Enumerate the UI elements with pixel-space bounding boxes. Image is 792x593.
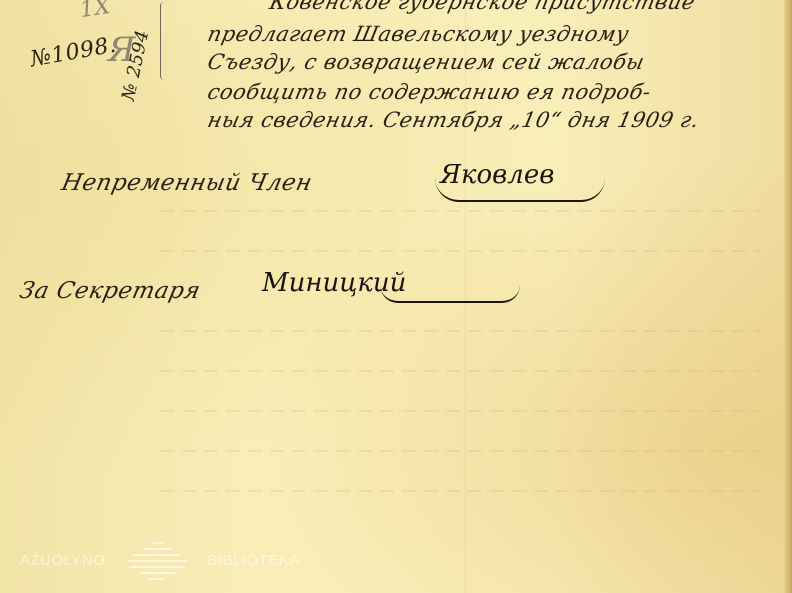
bleed-through-line [160,410,760,412]
pencil-note-top: 1X [78,0,112,23]
body-line-4: сообщить по содержанию ея подроб- [205,80,653,104]
paper-right-edge [784,0,792,593]
signature-flourish [435,178,605,202]
body-line-2: предлагает Шавельскому уездному [205,22,631,46]
wave-tree-logo-icon [125,540,189,580]
bleed-through-line [160,250,760,252]
signature-label-secretary: За Секретаря [17,278,203,304]
registration-number: №1098. [28,33,118,73]
bleed-through-line [160,490,760,492]
library-watermark: AŽUOLYNO BIBLIOTEKA [20,540,300,580]
bleed-through-line [160,330,760,332]
signature-label-member: Непременный Член [59,170,314,196]
bleed-through-line [160,370,760,372]
watermark-left-text: AŽUOLYNO [20,552,105,569]
bleed-through-line [160,210,760,212]
body-line-1: Ковенское губернское присутствие [267,0,697,14]
body-line-5: ныя сведения. Сентября „10“ дня 1909 г. [205,108,701,132]
signature-flourish [380,285,520,303]
body-line-3: Съезду, с возвращением сей жалобы [205,50,646,74]
scanned-document-page: 1X Я №1098. № 2594 Ковенское губернское … [0,0,792,593]
watermark-right-text: BIBLIOTEKA [207,552,300,569]
margin-bracket [160,2,167,80]
bleed-through-line [160,450,760,452]
